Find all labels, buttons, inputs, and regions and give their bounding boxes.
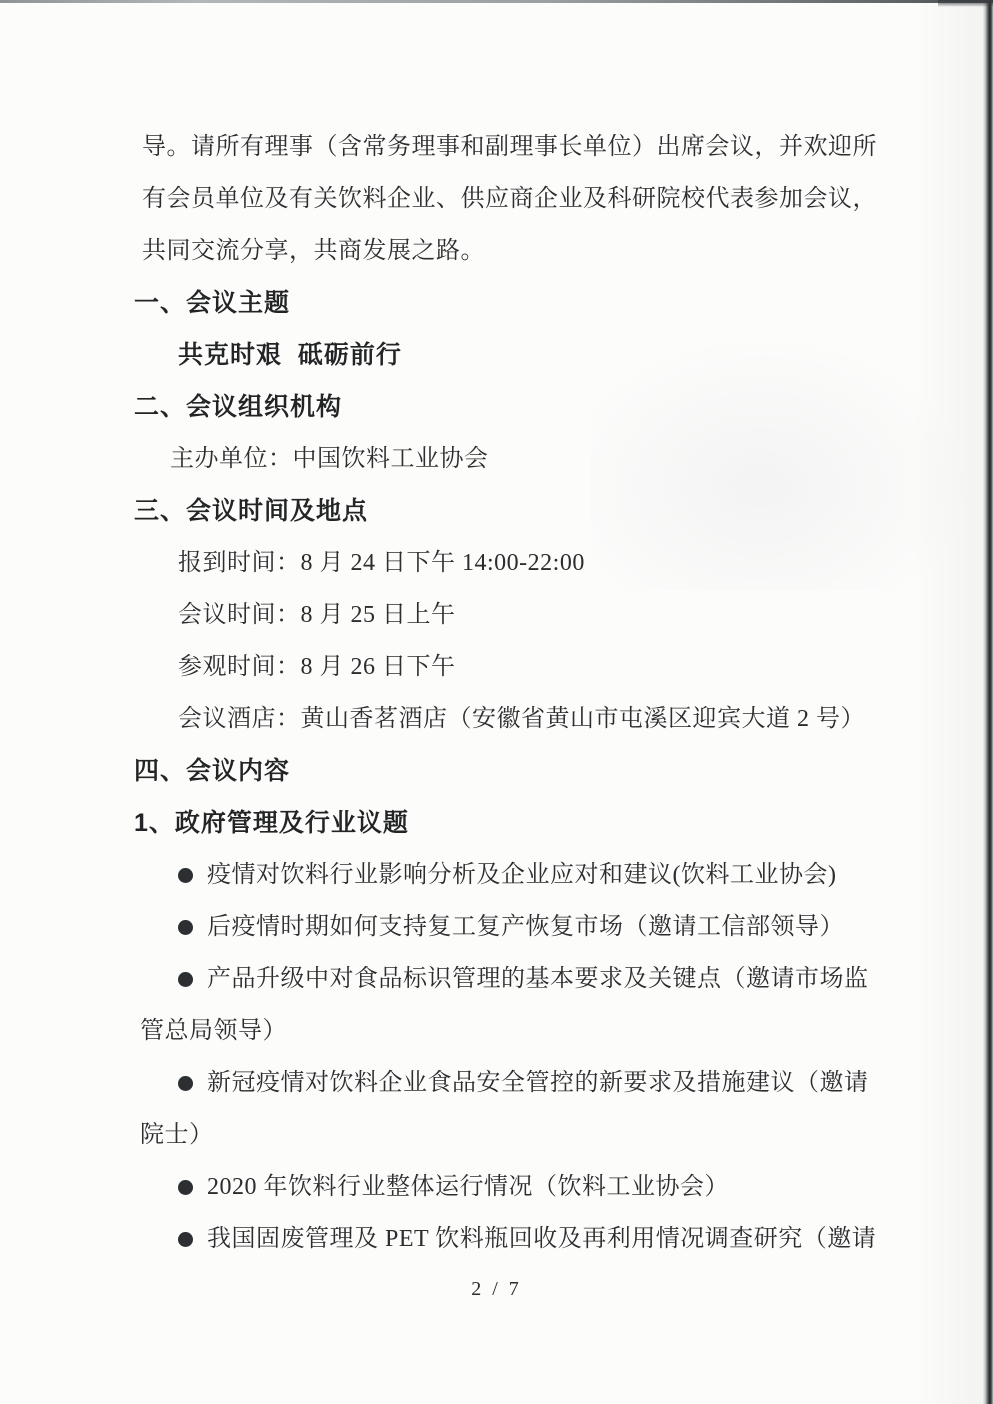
agenda-bullet-text: 我国固废管理及 PET 饮料瓶回收及再利用情况调查研究（邀请 <box>207 1226 876 1252</box>
visit-time: 参观时间：8 月 26 日下午 <box>178 641 875 693</box>
meeting-hotel: 会议酒店：黄山香茗酒店（安徽省黄山市屯溪区迎宾大道 2 号） <box>178 693 875 745</box>
scan-edge-right-artifact <box>983 0 993 1404</box>
agenda-bullet-item: 新冠疫情对饮料企业食品安全管控的新要求及措施建议（邀请 <box>178 1057 875 1109</box>
host-organization: 主办单位：中国饮料工业协会 <box>170 433 875 485</box>
agenda-bullet-text: 后疫情时期如何支持复工复产恢复市场（邀请工信部领导） <box>207 914 844 940</box>
subsection1-heading: 1、政府管理及行业议题 <box>134 797 875 849</box>
intro-paragraph-line: 共同交流分享，共商发展之路。 <box>142 225 875 277</box>
intro-paragraph-line: 有会员单位及有关饮料企业、供应商企业及科研院校代表参加会议， <box>142 173 875 225</box>
bullet-icon <box>178 1180 193 1195</box>
section1-heading: 一、会议主题 <box>134 277 875 329</box>
intro-paragraph-line: 导。请所有理事（含常务理事和副理事长单位）出席会议，并欢迎所 <box>142 121 875 173</box>
agenda-bullet-text: 2020 年饮料行业整体运行情况（饮料工业协会） <box>207 1174 729 1200</box>
agenda-bullet-text: 产品升级中对食品标识管理的基本要求及关键点（邀请市场监 <box>207 966 869 992</box>
scan-edge-top-artifact <box>0 0 993 3</box>
agenda-bullet-text: 疫情对饮料行业影响分析及企业应对和建议(饮料工业协会) <box>207 862 836 888</box>
scan-shading-artifact <box>913 0 983 1404</box>
agenda-bullet-continuation: 院士） <box>140 1109 875 1161</box>
agenda-bullet-item: 我国固废管理及 PET 饮料瓶回收及再利用情况调查研究（邀请 <box>178 1213 875 1265</box>
bullet-icon <box>178 1076 193 1091</box>
agenda-bullet-item: 后疫情时期如何支持复工复产恢复市场（邀请工信部领导） <box>178 901 875 953</box>
registration-time: 报到时间：8 月 24 日下午 14:00-22:00 <box>178 537 875 589</box>
page-number: 2 / 7 <box>0 1278 993 1301</box>
section3-heading: 三、会议时间及地点 <box>134 485 875 537</box>
scanned-document-page: 导。请所有理事（含常务理事和副理事长单位）出席会议，并欢迎所 有会员单位及有关饮… <box>0 0 993 1404</box>
meeting-theme: 共克时艰 砥砺前行 <box>178 329 875 381</box>
bullet-icon <box>178 868 193 883</box>
agenda-bullet-item: 产品升级中对食品标识管理的基本要求及关键点（邀请市场监 <box>178 953 875 1005</box>
bullet-icon <box>178 972 193 987</box>
scan-corner-artifact <box>938 0 993 7</box>
agenda-bullet-item: 疫情对饮料行业影响分析及企业应对和建议(饮料工业协会) <box>178 849 875 901</box>
document-content: 导。请所有理事（含常务理事和副理事长单位）出席会议，并欢迎所 有会员单位及有关饮… <box>0 0 993 1265</box>
bullet-icon <box>178 1232 193 1247</box>
section4-heading: 四、会议内容 <box>134 745 875 797</box>
meeting-time: 会议时间：8 月 25 日上午 <box>178 589 875 641</box>
agenda-bullet-continuation: 管总局领导） <box>140 1005 875 1057</box>
section2-heading: 二、会议组织机构 <box>134 381 875 433</box>
bullet-icon <box>178 920 193 935</box>
agenda-bullet-text: 新冠疫情对饮料企业食品安全管控的新要求及措施建议（邀请 <box>207 1070 869 1096</box>
agenda-bullet-item: 2020 年饮料行业整体运行情况（饮料工业协会） <box>178 1161 875 1213</box>
